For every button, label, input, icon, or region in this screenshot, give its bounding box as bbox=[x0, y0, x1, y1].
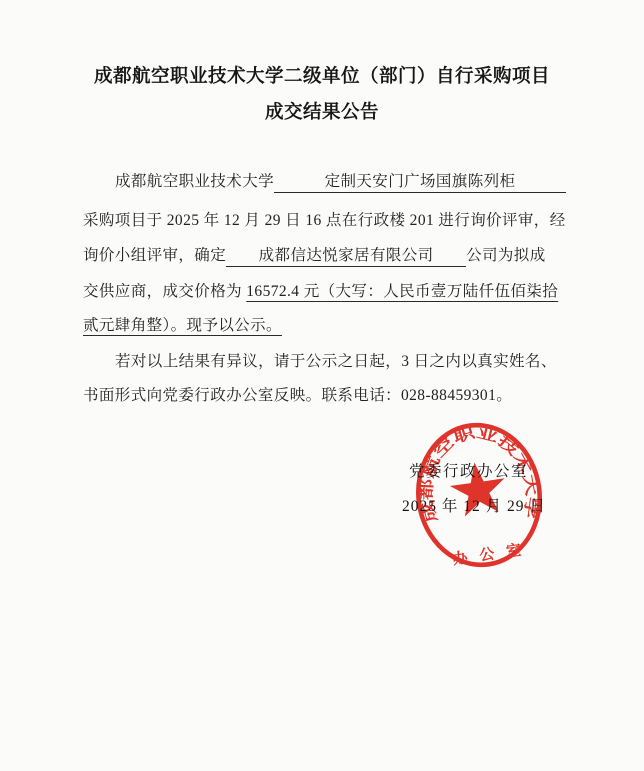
line1-blank-project-name: 定制天安门广场国旗陈列柜 bbox=[274, 172, 566, 193]
line5-price-underlined: 贰元肆角整）。现予以公示。 bbox=[83, 317, 282, 334]
body-line-2: 采购项目于 2025 年 12 月 29 日 16 点在行政楼 201 进行询价… bbox=[83, 210, 573, 232]
line4-prefix: 交供应商，成交价格为 bbox=[83, 283, 246, 300]
document-page: 成都航空职业技术大学二级单位（部门）自行采购项目 成交结果公告 成都航空职业技术… bbox=[0, 0, 644, 771]
body-line-4: 交供应商，成交价格为 16572.4 元（大写：人民币壹万陆仟伍佰柒拾 bbox=[83, 281, 573, 303]
signature-date: 2025 年 12 月 29 日 bbox=[402, 494, 546, 516]
line4-price-underlined: 16572.4 元（大写：人民币壹万陆仟伍佰柒拾 bbox=[246, 283, 558, 300]
line1-prefix: 成都航空职业技术大学 bbox=[115, 173, 274, 190]
body-line-1: 成都航空职业技术大学定制天安门广场国旗陈列柜 bbox=[83, 171, 605, 193]
body-line-3: 询价小组评审，确定成都信达悦家居有限公司公司为拟成 bbox=[83, 245, 573, 267]
body-line-7: 书面形式向党委行政办公室反映。联系电话：028-88459301。 bbox=[83, 385, 573, 407]
line3-prefix: 询价小组评审，确定 bbox=[83, 247, 226, 264]
line3-blank-supplier-name: 成都信达悦家居有限公司 bbox=[226, 246, 466, 267]
body-line-5: 贰元肆角整）。现予以公示。 bbox=[83, 315, 573, 337]
title-line-2: 成交结果公告 bbox=[0, 94, 644, 130]
document-title: 成都航空职业技术大学二级单位（部门）自行采购项目 成交结果公告 bbox=[0, 58, 644, 130]
line3-suffix: 公司为拟成 bbox=[466, 247, 546, 264]
body-line-6: 若对以上结果有异议，请于公示之日起，3 日之内以真实姓名、 bbox=[83, 351, 605, 373]
title-line-1: 成都航空职业技术大学二级单位（部门）自行采购项目 bbox=[0, 58, 644, 94]
signature-office: 党委行政办公室 bbox=[409, 459, 528, 481]
